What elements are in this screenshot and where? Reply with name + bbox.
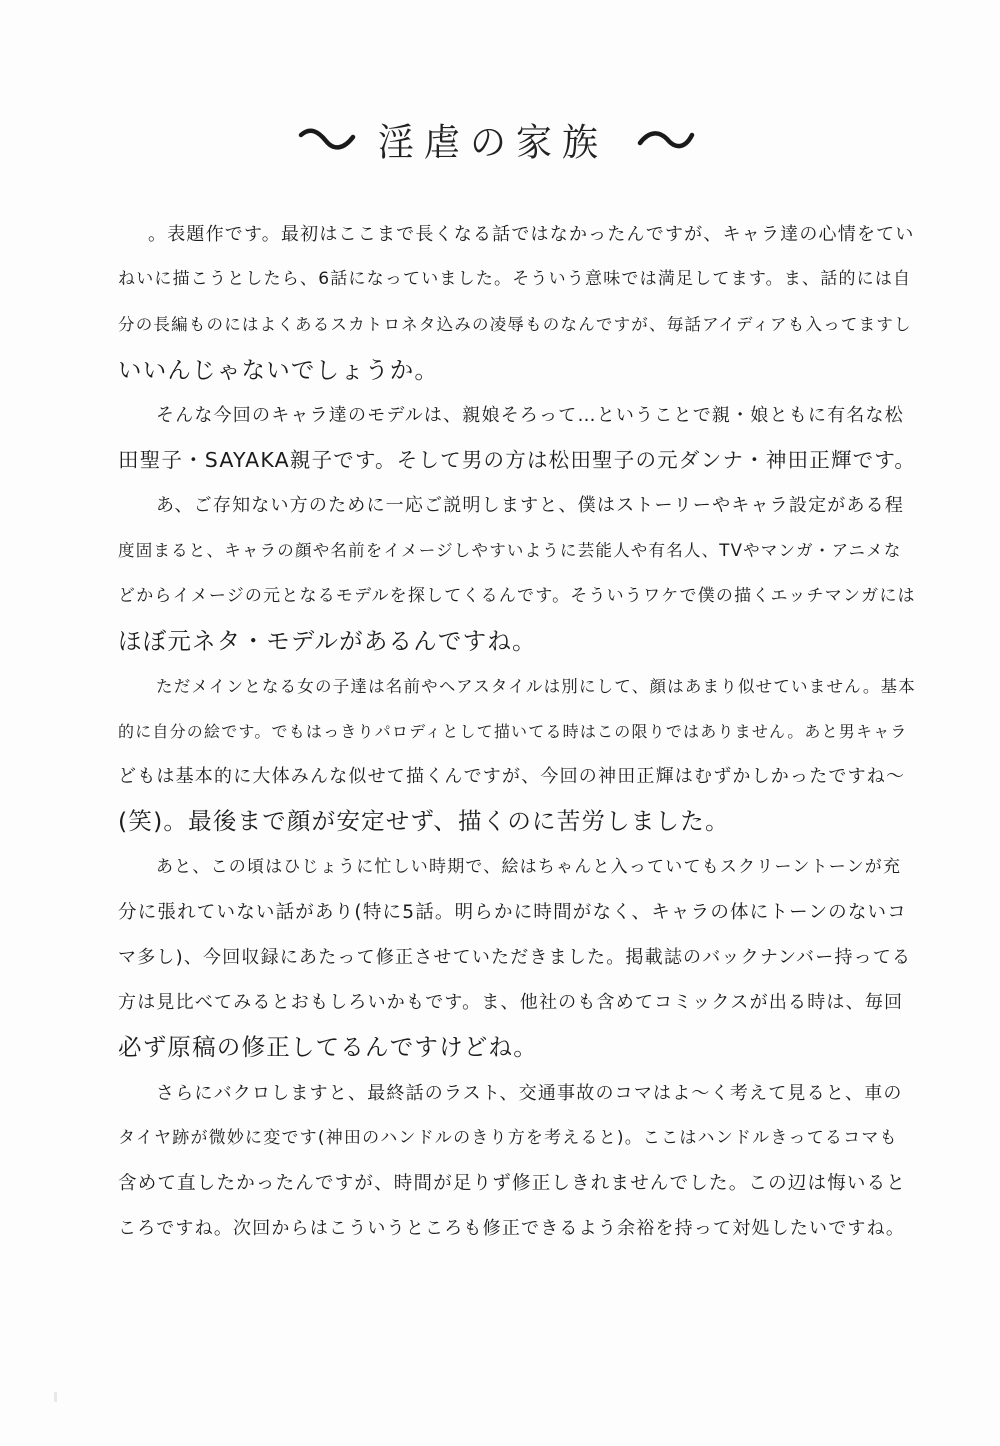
text-line: 分の長編ものにはよくあるスカトロネタ込みの凌辱ものなんですが、毎話アイディアも入… [118,302,918,347]
text-line: ほぼ元ネタ・モデルがあるんですね。 [118,619,918,664]
text-line: 田聖子・SAYAKA親子です。そして男の方は松田聖子の元ダンナ・神田正輝です。 [118,438,918,483]
wave-dash-right-icon [630,127,702,153]
text-line: そんな今回のキャラ達のモデルは、親娘そろって…ということで親・娘ともに有名な松 [118,393,918,438]
text-line: マ多し)、今回収録にあたって修正させていただきました。掲載誌のバックナンバー持っ… [118,935,918,980]
wave-dash-left-icon [298,127,356,153]
title-row: 淫虐の家族 [0,108,1000,172]
text-line: いいんじゃないでしょうか。 [118,348,918,393]
text-line: 方は見比べてみるとおもしろいかもです。ま、他社のも含めてコミックスが出る時は、毎… [118,980,918,1025]
text-line: ただメインとなる女の子達は名前やヘアスタイルは別にして、顔はあまり似せていません… [118,664,918,709]
text-line: さらにバクロしますと、最終話のラスト、交通事故のコマはよ〜く考えて見ると、車の [118,1071,918,1116]
text-line: どからイメージの元となるモデルを探してくるんです。そういうワケで僕の描くエッチマ… [118,574,918,619]
text-line: 的に自分の絵です。でもはっきりパロディとして描いてる時はこの限りではありません。… [118,709,918,754]
text-line: 必ず原稿の修正してるんですけどね。 [118,1025,918,1070]
text-line: 度固まると、キャラの顔や名前をイメージしやすいように芸能人や有名人、TVやマンガ… [118,528,918,573]
text-line: どもは基本的に大体みんな似せて描くんですが、今回の神田正輝はむずかしかったですね… [118,754,918,799]
scanned-page: 淫虐の家族 。表題作です。最初はここまで長くなる話ではなかったんですが、キャラ達… [0,0,1000,1446]
text-line: (笑)。最後まで顔が安定せず、描くのに苦労しました。 [118,799,918,844]
text-line: ねいに描こうとしたら、6話になっていました。そういう意味では満足してます。ま、話… [118,257,918,302]
text-line: 分に張れていない話があり(特に5話。明らかに時間がなく、キャラの体にトーンのない… [118,890,918,935]
text-line: 含めて直したかったんですが、時間が足りず修正しきれませんでした。この辺は悔いると [118,1161,918,1206]
scan-speck [54,1392,57,1402]
text-line: タイヤ跡が微妙に変です(神田のハンドルのきり方を考えると)。ここはハンドルきって… [118,1116,918,1161]
text-line: ころですね。次回からはこういうところも修正できるよう余裕を持って対処したいですね… [118,1206,918,1251]
text-line: 。表題作です。最初はここまで長くなる話ではなかったんですが、キャラ達の心情をてい [118,212,918,257]
text-line: あと、この頃はひじょうに忙しい時期で、絵はちゃんと入っていてもスクリーントーンが… [118,845,918,890]
text-line: あ、ご存知ない方のために一応ご説明しますと、僕はストーリーやキャラ設定がある程 [118,483,918,528]
afterword-body: 。表題作です。最初はここまで長くなる話ではなかったんですが、キャラ達の心情をてい… [118,212,918,1251]
page-title: 淫虐の家族 [378,113,608,167]
